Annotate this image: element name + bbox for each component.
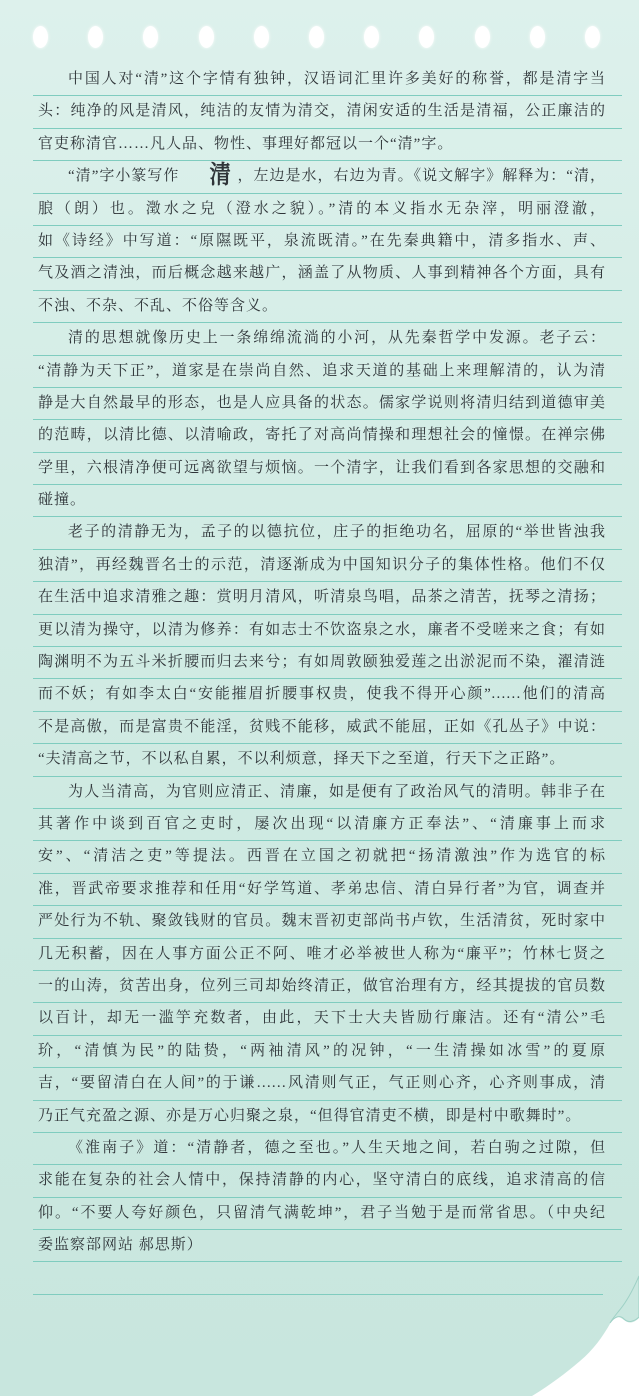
text-row: 碰撞。 [33, 485, 622, 517]
text-row: 严处行为不轨、聚敛钱财的官员。魏末晋初吏部尚书卢钦，生活清贫，死时家中 [33, 906, 622, 938]
article-body: 中国人对“清”这个字情有独钟，汉语词汇里许多美好的称誉，都是清字当头：纯净的风是… [33, 64, 622, 1295]
punch-hole [585, 26, 600, 48]
text-row: “清”字小篆写作清，左边是水，右边为青。《说文解字》解释为：“清， [33, 161, 622, 193]
punch-hole [309, 26, 324, 48]
punch-hole [199, 26, 214, 48]
seal-script-qing: 清 [185, 169, 232, 183]
text-row: 其著作中谈到百官之吏时，屡次出现“以清廉方正奉法”、“清廉事上而求 [33, 809, 622, 841]
punch-hole [364, 26, 379, 48]
notebook-page: 中国人对“清”这个字情有独钟，汉语词汇里许多美好的称誉，都是清字当头：纯净的风是… [0, 0, 639, 1396]
text-row: 安”、“清洁之吏”等提法。西晋在立国之初就把“扬清激浊”作为选官的标 [33, 841, 622, 873]
text-row: 一的山涛，贫苦出身，位列三司却始终清正，做官治理有方，经其提拔的官员数 [33, 971, 622, 1003]
text-row: 不是高傲，而是富贵不能淫，贫贱不能移，威武不能屈，正如《孔丛子》中说： [33, 712, 622, 744]
text-row: 气及酒之清浊，而后概念越来越广，涵盖了从物质、人事到精神各个方面，具有 [33, 258, 622, 290]
punch-hole [530, 26, 545, 48]
text-row: “清静为天下正”，道家是在崇尚自然、追求天道的基础上来理解清的，认为清 [33, 356, 622, 388]
text-row: 清的思想就像历史上一条绵绵流淌的小河，从先秦哲学中发源。老子云： [33, 323, 622, 355]
text-row: 《淮南子》道：“清静者，德之至也。”人生天地之间，若白驹之过隙，但 [33, 1133, 622, 1165]
text-row: 而不妖；有如李太白“安能摧眉折腰事权贵，使我不得开心颜”……他们的清高 [33, 679, 622, 711]
text-row: 几无积蓄，因在人事方面公正不阿、唯才必举被世人称为“廉平”；竹林七贤之 [33, 939, 622, 971]
text-row: 独清”，再经魏晋名士的示范，清逐渐成为中国知识分子的集体性格。他们不仅 [33, 550, 622, 582]
text-row: 的范畴，以清比德、以清喻政，寄托了对高尚情操和理想社会的憧憬。在禅宗佛 [33, 420, 622, 452]
punch-hole [88, 26, 103, 48]
text-row: 静是大自然最早的形态，也是人应具备的状态。儒家学说则将清归结到道德审美 [33, 388, 622, 420]
punch-hole [143, 26, 158, 48]
text-row: 吉，“要留清白在人间”的于谦……风清则气正，气正则心齐，心齐则事成，清 [33, 1068, 622, 1100]
page-curl [494, 1266, 639, 1396]
text-row: 委监察部网站 郝思斯） [33, 1230, 622, 1262]
text-row: 在生活中追求清雅之趣：赏明月清风，听清泉鸟唱，品茶之清苦，抚琴之清扬； [33, 582, 622, 614]
text-row: 以百计，却无一滥竽充数者，由此，天下士大夫皆励行廉洁。还有“清公”毛 [33, 1003, 622, 1035]
text-row: 玠，“清慎为民”的陆贽，“两袖清风”的况钟，“一生清操如冰雪”的夏原 [33, 1036, 622, 1068]
text-row: 学里，六根清净便可远离欲望与烦恼。一个清字，让我们看到各家思想的交融和 [33, 453, 622, 485]
punch-hole [475, 26, 490, 48]
text-row: 仰。“不要人夸好颜色，只留清气满乾坤”，君子当勉于是而常省思。（中央纪 [33, 1198, 622, 1230]
text-row: 求能在复杂的社会人情中，保持清静的内心，坚守清白的底线，追求清高的信 [33, 1165, 622, 1197]
text-row: “夫清高之节，不以私自累，不以利烦意，择天下之至道，行天下之正路”。 [33, 744, 622, 776]
text-row: 如《诗经》中写道：“原隰既平，泉流既清。”在先秦典籍中，清多指水、声、 [33, 226, 622, 258]
text-row: 老子的清静无为，孟子的以德抗位，庄子的拒绝功名，屈原的“举世皆浊我 [33, 517, 622, 549]
punch-hole [419, 26, 434, 48]
text-row: 陶渊明不为五斗米折腰而归去来兮；有如周敦颐独爱莲之出淤泥而不染，濯清涟 [33, 647, 622, 679]
text-row: 官吏称清官……凡人品、物性、事理好都冠以一个“清”字。 [33, 129, 622, 161]
page-curl-flap [610, 1276, 639, 1323]
punch-hole [254, 26, 269, 48]
text-row: 朖（朗）也。澂水之皃（澄水之貌）。”清的本义指水无杂滓，明丽澄澈， [33, 194, 622, 226]
text-row: 更以清为操守，以清为修养：有如志士不饮盗泉之水，廉者不受嗟来之食；有如 [33, 615, 622, 647]
punch-holes-row [0, 26, 639, 50]
punch-hole [33, 26, 48, 48]
text-row: 中国人对“清”这个字情有独钟，汉语词汇里许多美好的称誉，都是清字当 [33, 64, 622, 96]
text-row: 为人当清高，为官则应清正、清廉，如是便有了政治风气的清明。韩非子在 [33, 777, 622, 809]
text-row: 准，晋武帝要求推荐和任用“好学笃道、孝弟忠信、清白异行者”为官，调查并 [33, 874, 622, 906]
text-row: 乃正气充盈之源、亦是万心归聚之泉，“但得官清吏不横，即是村中歌舞时”。 [33, 1101, 622, 1133]
text-row: 不浊、不杂、不乱、不俗等含义。 [33, 291, 622, 323]
page-curl-white [532, 1317, 639, 1396]
text-row: 头：纯净的风是清风，纯洁的友情为清交，清闲安适的生活是清福，公正廉洁的 [33, 96, 622, 128]
